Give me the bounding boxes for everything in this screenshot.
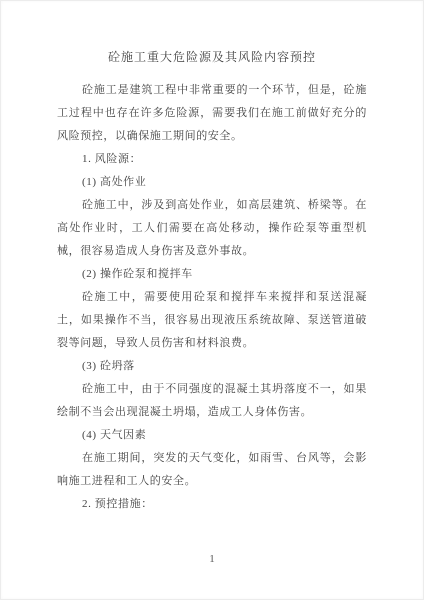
risk-item-2-heading: (2) 操作砼泵和搅拌车 bbox=[57, 263, 367, 286]
document-page: 砼施工重大危险源及其风险内容预控 砼施工是建筑工程中非常重要的一个环节，但是，砼… bbox=[0, 0, 424, 600]
risk-item-3-body: 砼施工中，由于不同强度的混凝土其坍落度不一，如果绘制不当会出现混凝土坍塌，造成工… bbox=[57, 378, 367, 424]
risk-item-1-heading: (1) 高处作业 bbox=[57, 171, 367, 194]
page-title: 砼施工重大危险源及其风险内容预控 bbox=[57, 46, 367, 69]
risk-item-1-body: 砼施工中，涉及到高处作业，如高层建筑、桥梁等。在高处作业时，工人们需要在高处移动… bbox=[57, 194, 367, 263]
section-1-heading: 1. 风险源： bbox=[57, 148, 367, 171]
risk-item-3-heading: (3) 砼坍落 bbox=[57, 355, 367, 378]
risk-item-2-body: 砼施工中，需要使用砼泵和搅拌车来搅拌和泵送混凝土，如果操作不当，很容易出现液压系… bbox=[57, 286, 367, 355]
page-number: 1 bbox=[0, 551, 424, 567]
section-2-heading: 2. 预控措施： bbox=[57, 493, 367, 516]
risk-item-4-body: 在施工期间，突发的天气变化，如雨雪、台风等，会影响施工进程和工人的安全。 bbox=[57, 447, 367, 493]
risk-item-4-heading: (4) 天气因素 bbox=[57, 424, 367, 447]
intro-paragraph: 砼施工是建筑工程中非常重要的一个环节，但是，砼施工过程中也存在许多危险源，需要我… bbox=[57, 79, 367, 148]
